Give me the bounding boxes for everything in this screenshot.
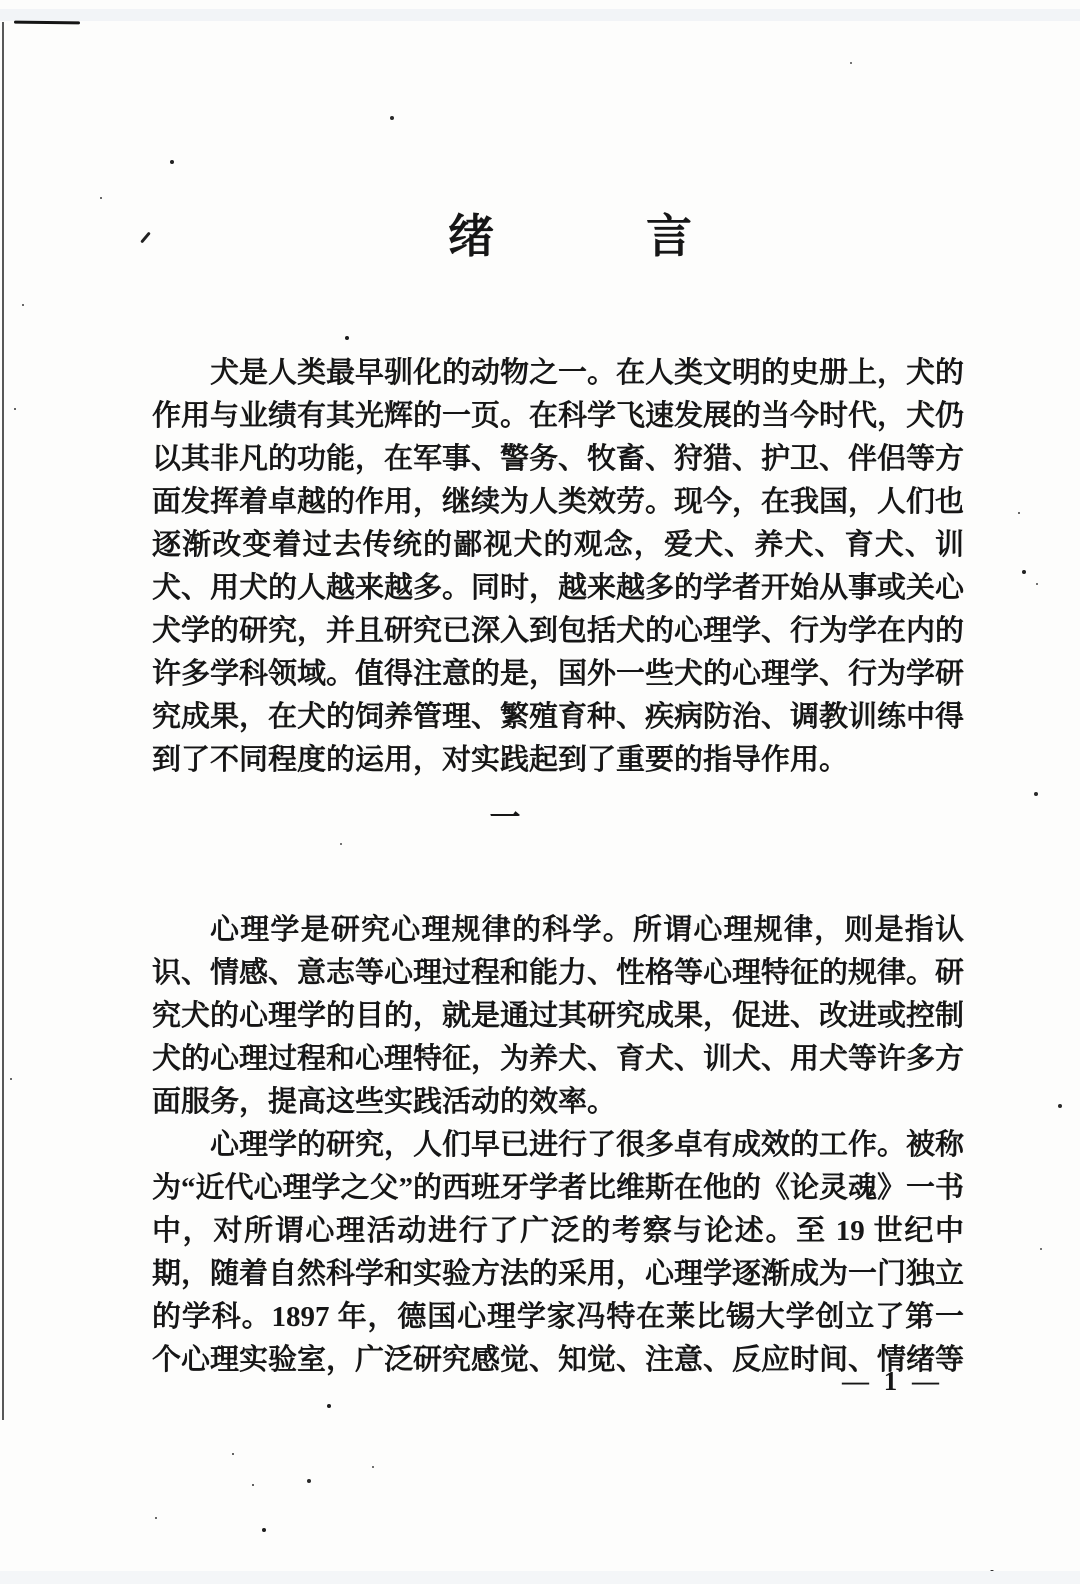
scan-noise-specks [100,197,102,199]
page-number: — 1 — [842,1366,943,1397]
scan-bottom-band [0,1571,1080,1584]
scan-edge-line [2,22,4,1420]
scan-corner-smudge [14,21,80,25]
scan-noise-specks [345,336,349,340]
scanned-book-page: 绪 言 犬是人类最早驯化的动物之一。在人类文明的史册上，犬的作用与业绩有其光辉的… [0,0,1080,1584]
paragraph-psychology-definition: 心理学是研究心理规律的科学。所谓心理规律，则是指认识、情感、意志等心理过程和能力… [152,909,964,1124]
title-char-xu: 绪 [448,212,494,263]
page-title: 绪 言 [30,212,1080,263]
body-text: 犬是人类最早驯化的动物之一。在人类文明的史册上，犬的作用与业绩有其光辉的一页。在… [152,352,964,1382]
paragraph-intro-dogs: 犬是人类最早驯化的动物之一。在人类文明的史册上，犬的作用与业绩有其光辉的一页。在… [152,352,964,782]
paragraph-psychology-history: 心理学的研究，人们早已进行了很多卓有成效的工作。被称为“近代心理学之父”的西班牙… [152,1124,964,1382]
scan-top-band [0,9,1080,21]
section-divider-one: 一 [99,796,911,839]
title-char-yan: 言 [646,212,692,263]
